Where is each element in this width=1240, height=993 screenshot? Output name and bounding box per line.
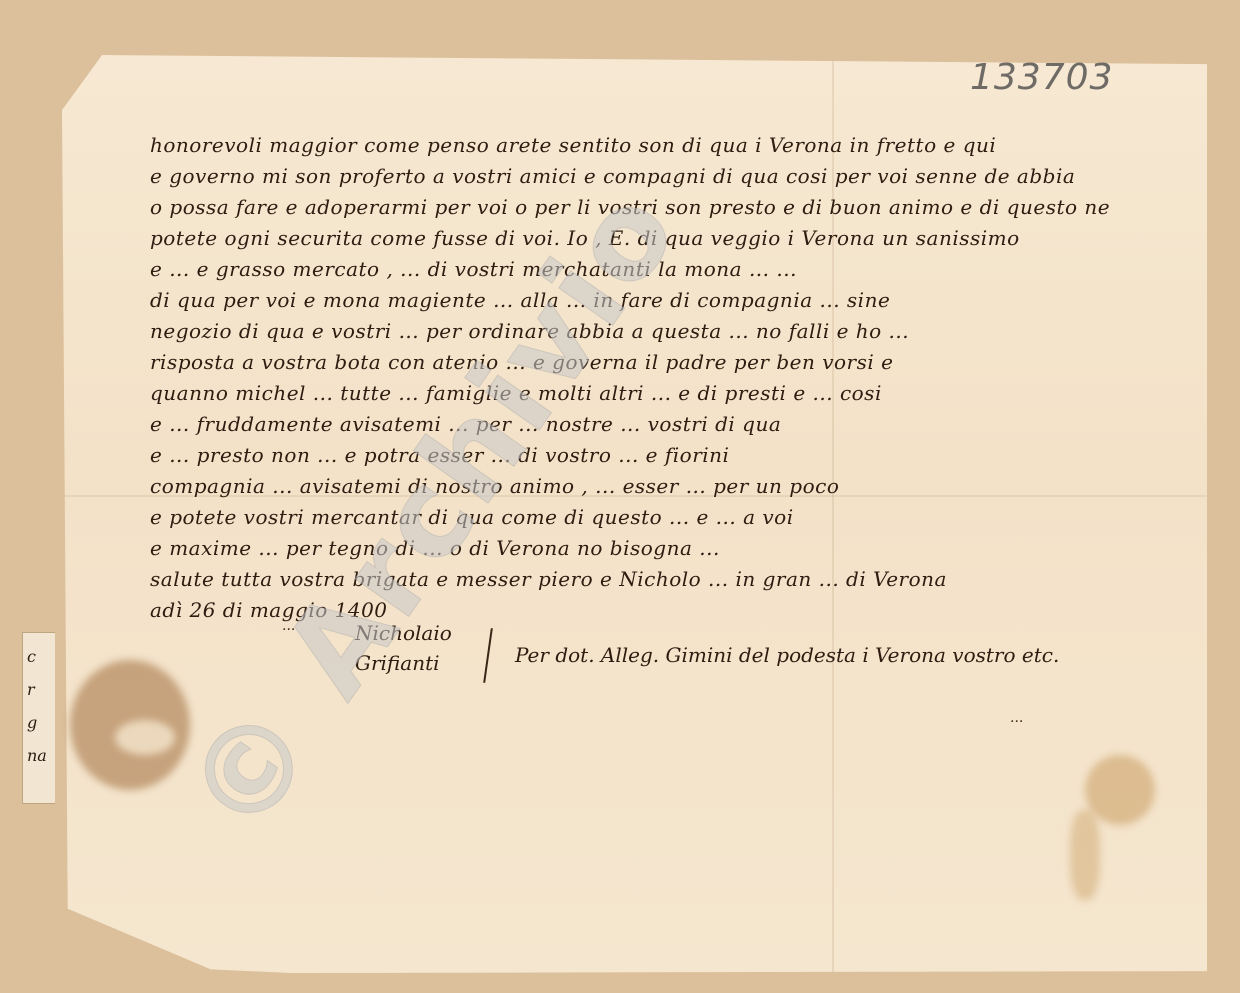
letter-line: compagnia ... avisatemi di nostro animo … (150, 471, 1150, 502)
slip-char: g (27, 713, 55, 732)
stain-highlight (115, 720, 175, 755)
letter-line: e governo mi son proferto a vostri amici… (150, 161, 1150, 192)
slip-char: c (27, 647, 55, 666)
letter-line: e ... fruddamente avisatemi ... per ... … (150, 409, 1150, 440)
water-stain-drip (1070, 810, 1100, 900)
letter-line: honorevoli maggior come penso arete sent… (150, 130, 1150, 161)
faded-ink-marks: ... (1010, 710, 1023, 726)
letter-line: e maxime ... per tegno di ... o di Veron… (150, 533, 1150, 564)
water-stain-right (1085, 755, 1155, 825)
archive-number: 133703 (970, 57, 1113, 98)
letter-line: e potete vostri mercantar di qua come di… (150, 502, 1150, 533)
attached-paper-slip: c r g na (22, 632, 55, 804)
letter-line: quanno michel ... tutte ... famiglie e m… (150, 378, 1150, 409)
slip-char: na (27, 746, 55, 765)
letter-line: e ... presto non ... e potra esser ... d… (150, 440, 1150, 471)
letter-line: risposta a vostra bota con atenio ... e … (150, 347, 1150, 378)
signer-role-line: Per dot. Alleg. Gimini del podesta i Ver… (515, 643, 1059, 667)
slip-char: r (27, 680, 55, 699)
